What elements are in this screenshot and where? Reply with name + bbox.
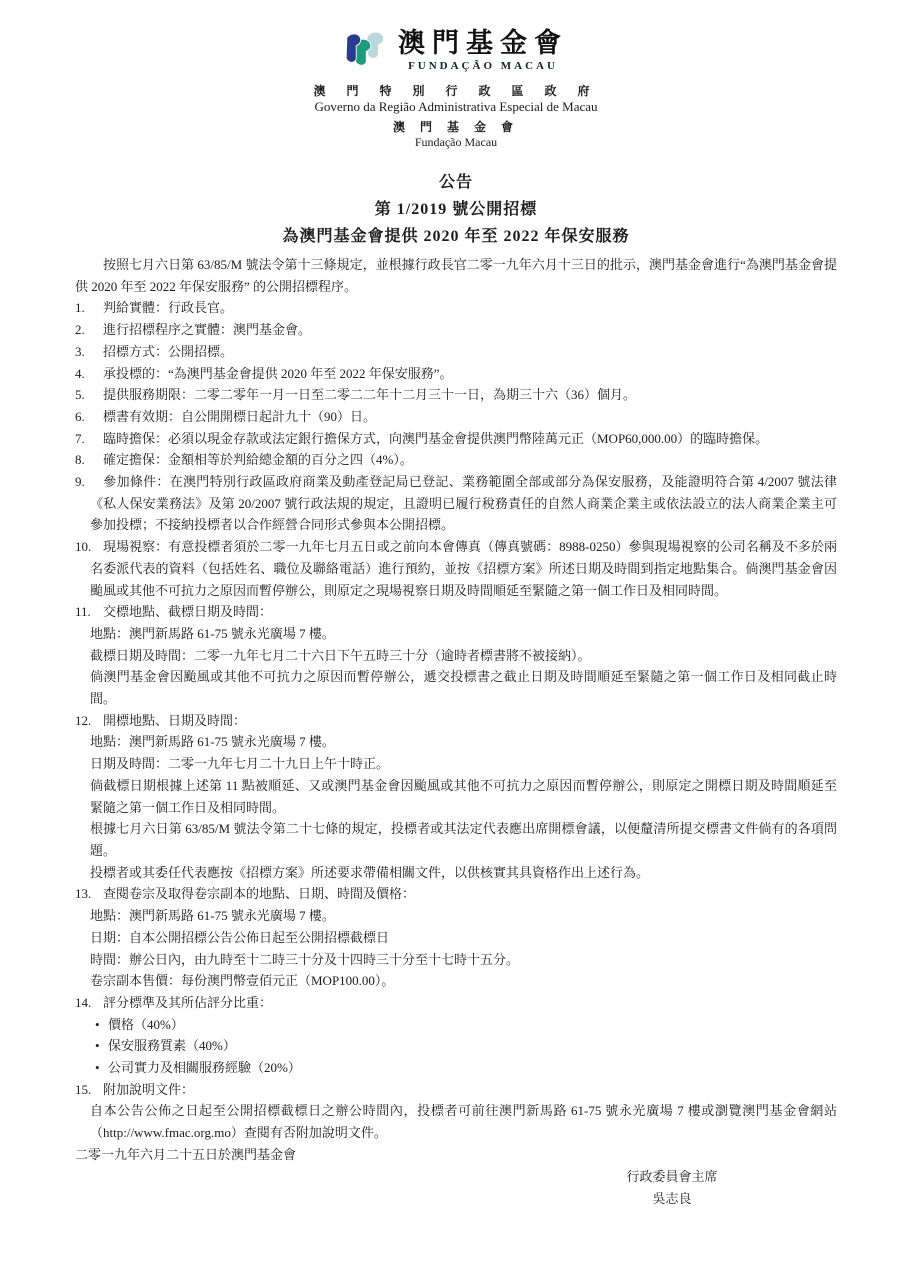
item-text: 進行招標程序之實體：澳門基金會。	[103, 322, 311, 337]
organization-name-zh: 澳 門 基 金 會	[75, 120, 837, 134]
item-heading: 9.參加條件：在澳門特別行政區政府商業及動產登記局已登記、業務範圍全部或部分為保…	[75, 471, 837, 536]
bullet-icon: •	[95, 1035, 108, 1057]
logo-title-zh: 澳門基金會	[398, 28, 568, 58]
tender-items-list: 1.判給實體：行政長官。2.進行招標程序之實體：澳門基金會。3.招標方式：公開招…	[75, 297, 837, 1143]
item-number: 6.	[75, 406, 103, 428]
bullet-icon: •	[95, 1057, 108, 1079]
item-text: 評分標準及其所佔評分比重：	[103, 995, 272, 1010]
tender-item-6: 6.標書有效期：自公開開標日起計九十（90）日。	[75, 406, 837, 428]
announcement-body: 按照七月六日第 63/85/M 號法令第十三條規定，並根據行政長官二零一九年六月…	[75, 254, 837, 1211]
item-subline: 倘截標日期根據上述第 11 點被順延、又或澳門基金會因颱風或其他不可抗力之原因而…	[90, 775, 837, 818]
item-text: 確定擔保：金額相等於判給總金額的百分之四（4%）。	[103, 452, 413, 467]
item-number: 2.	[75, 319, 103, 341]
item-text: 交標地點、截標日期及時間：	[103, 604, 272, 619]
item-subline: 根據七月六日第 63/85/M 號法令第二十七條的規定，投標者或其法定代表應出席…	[90, 818, 837, 861]
item-text: 附加說明文件：	[103, 1082, 194, 1097]
announcement-heading: 公告	[75, 169, 837, 196]
criterion-text: 保安服務質素（40%）	[108, 1038, 236, 1053]
intro-paragraph: 按照七月六日第 63/85/M 號法令第十三條規定，並根據行政長官二零一九年六月…	[75, 254, 837, 297]
item-number: 7.	[75, 428, 103, 450]
item-subline: 地點：澳門新馬路 61-75 號永光廣場 7 樓。	[90, 623, 837, 645]
tender-item-3: 3.招標方式：公開招標。	[75, 341, 837, 363]
government-name-zh: 澳 門 特 別 行 政 區 政 府	[75, 84, 837, 98]
document-header: 澳門基金會 FUNDAÇÃO MACAU 澳 門 特 別 行 政 區 政 府 G…	[75, 28, 837, 149]
item-subline: 倘澳門基金會因颱風或其他不可抗力之原因而暫停辦公，遞交投標書之截止日期及時間順延…	[90, 666, 837, 709]
item-number: 14.	[75, 992, 103, 1014]
signature-block: 行政委員會主席 吳志良	[552, 1166, 792, 1211]
item-heading: 4.承投標的：“為澳門基金會提供 2020 年至 2022 年保安服務”。	[75, 363, 837, 385]
tender-item-5: 5.提供服務期限：二零二零年一月一日至二零二二年十二月三十一日，為期三十六（36…	[75, 384, 837, 406]
item-number: 3.	[75, 341, 103, 363]
item-subline: 卷宗副本售價：每份澳門幣壹佰元正（MOP100.00）。	[90, 970, 837, 992]
item-subline: 日期：自本公開招標公告公佈日起至公開招標截標日	[90, 927, 837, 949]
item-heading: 2.進行招標程序之實體：澳門基金會。	[75, 319, 837, 341]
item-text: 承投標的：“為澳門基金會提供 2020 年至 2022 年保安服務”。	[103, 366, 453, 381]
organization-name-pt: Fundação Macau	[75, 135, 837, 149]
criterion-text: 公司實力及相關服務經驗（20%）	[108, 1060, 301, 1075]
item-text: 參加條件：在澳門特別行政區政府商業及動產登記局已登記、業務範圍全部或部分為保安服…	[90, 474, 837, 532]
bullet-icon: •	[95, 1014, 108, 1036]
item-text: 判給實體：行政長官。	[103, 300, 233, 315]
item-subline: 自本公告公佈之日起至公開招標截標日之辦公時間內，投標者可前往澳門新馬路 61-7…	[90, 1100, 837, 1143]
tender-item-7: 7.臨時擔保：必須以現金存款或法定銀行擔保方式，向澳門基金會提供澳門幣陸萬元正（…	[75, 428, 837, 450]
signatory-title: 行政委員會主席	[552, 1166, 792, 1189]
item-subline: 截標日期及時間：二零一九年七月二十六日下午五時三十分（逾時者標書將不被接納）。	[90, 645, 837, 667]
item-text: 招標方式：公開招標。	[103, 344, 233, 359]
tender-number-heading: 第 1/2019 號公開招標	[75, 196, 837, 223]
tender-item-14: 14.評分標準及其所佔評分比重：•價格（40%）•保安服務質素（40%）•公司實…	[75, 992, 837, 1079]
item-text: 提供服務期限：二零二零年一月一日至二零二二年十二月三十一日，為期三十六（36）個…	[103, 387, 636, 402]
criterion-bullet-row: •保安服務質素（40%）	[95, 1035, 837, 1057]
item-heading: 12.開標地點、日期及時間：	[75, 710, 837, 732]
tender-item-2: 2.進行招標程序之實體：澳門基金會。	[75, 319, 837, 341]
brand-text: 澳門基金會 FUNDAÇÃO MACAU	[398, 28, 568, 73]
item-text: 標書有效期：自公開開標日起計九十（90）日。	[103, 409, 376, 424]
brand-block: 澳門基金會 FUNDAÇÃO MACAU	[75, 28, 837, 76]
announcement-title-block: 公告 第 1/2019 號公開招標 為澳門基金會提供 2020 年至 2022 …	[75, 169, 837, 250]
item-heading: 13.查閱卷宗及取得卷宗副本的地點、日期、時間及價格：	[75, 883, 837, 905]
item-text: 查閱卷宗及取得卷宗副本的地點、日期、時間及價格：	[103, 886, 415, 901]
item-number: 11.	[75, 601, 103, 623]
item-heading: 8.確定擔保：金額相等於判給總金額的百分之四（4%）。	[75, 449, 837, 471]
item-number: 8.	[75, 449, 103, 471]
item-heading: 5.提供服務期限：二零二零年一月一日至二零二二年十二月三十一日，為期三十六（36…	[75, 384, 837, 406]
issue-date-line: 二零一九年六月二十五日於澳門基金會	[75, 1144, 837, 1166]
item-subline: 地點：澳門新馬路 61-75 號永光廣場 7 樓。	[90, 731, 837, 753]
item-heading: 10.現場視察：有意投標者須於二零一九年七月五日或之前向本會傳真（傳真號碼：89…	[75, 536, 837, 601]
tender-item-12: 12.開標地點、日期及時間：地點：澳門新馬路 61-75 號永光廣場 7 樓。日…	[75, 710, 837, 884]
item-subline: 時間：辦公日內，由九時至十二時三十分及十四時三十分至十七時十五分。	[90, 949, 837, 971]
item-subline: 日期及時間：二零一九年七月二十九日上午十時正。	[90, 753, 837, 775]
tender-item-4: 4.承投標的：“為澳門基金會提供 2020 年至 2022 年保安服務”。	[75, 363, 837, 385]
tender-item-13: 13.查閱卷宗及取得卷宗副本的地點、日期、時間及價格：地點：澳門新馬路 61-7…	[75, 883, 837, 992]
criterion-bullet-row: •公司實力及相關服務經驗（20%）	[95, 1057, 837, 1079]
tender-item-10: 10.現場視察：有意投標者須於二零一九年七月五日或之前向本會傳真（傳真號碼：89…	[75, 536, 837, 601]
item-subline: 地點：澳門新馬路 61-75 號永光廣場 7 樓。	[90, 905, 837, 927]
item-heading: 7.臨時擔保：必須以現金存款或法定銀行擔保方式，向澳門基金會提供澳門幣陸萬元正（…	[75, 428, 837, 450]
item-heading: 15.附加說明文件：	[75, 1079, 837, 1101]
item-subline: 投標者或其委任代表應按《招標方案》所述要求帶備相關文件，以供核實其具資格作出上述…	[90, 862, 837, 884]
item-number: 9.	[75, 471, 103, 493]
item-heading: 3.招標方式：公開招標。	[75, 341, 837, 363]
item-heading: 6.標書有效期：自公開開標日起計九十（90）日。	[75, 406, 837, 428]
item-number: 10.	[75, 536, 103, 558]
item-heading: 1.判給實體：行政長官。	[75, 297, 837, 319]
logo-title-pt: FUNDAÇÃO MACAU	[408, 60, 558, 73]
item-heading: 14.評分標準及其所佔評分比重：	[75, 992, 837, 1014]
tender-item-15: 15.附加說明文件：自本公告公佈之日起至公開招標截標日之辦公時間內，投標者可前往…	[75, 1079, 837, 1144]
item-number: 4.	[75, 363, 103, 385]
tender-item-11: 11.交標地點、截標日期及時間：地點：澳門新馬路 61-75 號永光廣場 7 樓…	[75, 601, 837, 710]
item-number: 13.	[75, 883, 103, 905]
tender-subject-heading: 為澳門基金會提供 2020 年至 2022 年保安服務	[75, 223, 837, 250]
item-text: 現場視察：有意投標者須於二零一九年七月五日或之前向本會傳真（傳真號碼：8988-…	[90, 539, 837, 597]
item-number: 15.	[75, 1079, 103, 1101]
item-number: 1.	[75, 297, 103, 319]
fundacao-macau-lotus-logo-icon	[344, 28, 390, 76]
tender-item-1: 1.判給實體：行政長官。	[75, 297, 837, 319]
tender-item-9: 9.參加條件：在澳門特別行政區政府商業及動產登記局已登記、業務範圍全部或部分為保…	[75, 471, 837, 536]
item-number: 12.	[75, 710, 103, 732]
signatory-name: 吳志良	[552, 1188, 792, 1211]
item-text: 開標地點、日期及時間：	[103, 713, 246, 728]
document-page: 澳門基金會 FUNDAÇÃO MACAU 澳 門 特 別 行 政 區 政 府 G…	[0, 0, 900, 1273]
criterion-bullet-row: •價格（40%）	[95, 1014, 837, 1036]
government-name-pt: Governo da Região Administrativa Especia…	[75, 99, 837, 114]
item-number: 5.	[75, 384, 103, 406]
item-heading: 11.交標地點、截標日期及時間：	[75, 601, 837, 623]
criterion-text: 價格（40%）	[108, 1017, 184, 1032]
item-text: 臨時擔保：必須以現金存款或法定銀行擔保方式，向澳門基金會提供澳門幣陸萬元正（MO…	[103, 431, 768, 446]
tender-item-8: 8.確定擔保：金額相等於判給總金額的百分之四（4%）。	[75, 449, 837, 471]
